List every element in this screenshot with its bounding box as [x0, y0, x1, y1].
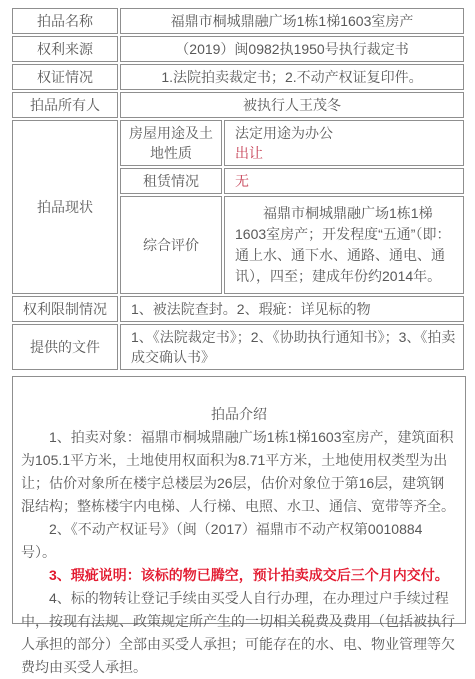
table-row: 权利来源 （2019）闽0982执1950号执行裁定书 — [12, 36, 464, 62]
legal-use-text: 法定用途为办公 — [235, 123, 457, 143]
row-label-certificate-status: 权证情况 — [12, 64, 118, 90]
auction-info-table: 拍品名称 福鼎市桐城鼎融广场1栋1梯1603室房产 权利来源 （2019）闽09… — [10, 6, 466, 372]
intro-paragraph-defect-note: 3、瑕疵说明：该标的物已腾空，预计拍卖成交后三个月内交付。 — [21, 564, 457, 587]
sub-value-house-use-land: 法定用途为办公 出让 — [224, 120, 464, 166]
table-row: 拍品现状 房屋用途及土地性质 法定用途为办公 出让 — [12, 120, 464, 166]
item-introduction-title: 拍品介绍 — [21, 403, 457, 426]
row-value-rights-source: （2019）闽0982执1950号执行裁定书 — [120, 36, 464, 62]
row-label-rights-source: 权利来源 — [12, 36, 118, 62]
intro-paragraph-auction-object: 1、拍卖对象：福鼎市桐城鼎融广场1栋1梯1603室房产，建筑面积为105.1平方… — [21, 426, 457, 518]
table-row: 权证情况 1.法院拍卖裁定书；2.不动产权证复印件。 — [12, 64, 464, 90]
intro-paragraph-transfer-fees: 4、标的物转让登记手续由买受人自行办理，在办理过户手续过程中，按现有法规、政策规… — [21, 587, 457, 679]
row-value-certificate-status: 1.法院拍卖裁定书；2.不动产权证复印件。 — [120, 64, 464, 90]
row-label-owner: 拍品所有人 — [12, 92, 118, 118]
sub-label-lease-status: 租赁情况 — [120, 168, 222, 194]
sub-value-overall-evaluation: 福鼎市桐城鼎融广场1栋1梯1603室房产；开发程度“五通”（即：通上水、通下水、… — [224, 196, 464, 294]
row-label-provided-documents: 提供的文件 — [12, 324, 118, 370]
row-value-rights-restriction: 1、被法院查封。2、瑕疵：详见标的物 — [120, 296, 464, 322]
row-value-provided-documents: 1、《法院裁定书》；2、《协助执行通知书》；3、《拍卖成交确认书》 — [120, 324, 464, 370]
row-label-rights-restriction: 权利限制情况 — [12, 296, 118, 322]
table-row: 拍品名称 福鼎市桐城鼎融广场1栋1梯1603室房产 — [12, 8, 464, 34]
row-value-owner: 被执行人王茂冬 — [120, 92, 464, 118]
row-label-item-name: 拍品名称 — [12, 8, 118, 34]
table-row: 权利限制情况 1、被法院查封。2、瑕疵：详见标的物 — [12, 296, 464, 322]
item-introduction-box: 拍品介绍 1、拍卖对象：福鼎市桐城鼎融广场1栋1梯1603室房产，建筑面积为10… — [12, 376, 466, 624]
table-row: 提供的文件 1、《法院裁定书》；2、《协助执行通知书》；3、《拍卖成交确认书》 — [12, 324, 464, 370]
sub-label-overall-evaluation: 综合评价 — [120, 196, 222, 294]
intro-paragraph-certificate-number: 2、《不动产权证号》（闽（2017）福鼎市不动产权第0010884号）。 — [21, 518, 457, 564]
row-value-item-name: 福鼎市桐城鼎融广场1栋1梯1603室房产 — [120, 8, 464, 34]
sub-value-lease-status: 无 — [224, 168, 464, 194]
auction-document: 拍品名称 福鼎市桐城鼎融广场1栋1梯1603室房产 权利来源 （2019）闽09… — [0, 0, 475, 624]
sub-label-house-use-land: 房屋用途及土地性质 — [120, 120, 222, 166]
row-label-current-status: 拍品现状 — [12, 120, 118, 294]
overall-evaluation-text: 福鼎市桐城鼎融广场1栋1梯1603室房产；开发程度“五通”（即：通上水、通下水、… — [235, 203, 457, 287]
land-transfer-text: 出让 — [235, 143, 457, 163]
table-row: 拍品所有人 被执行人王茂冬 — [12, 92, 464, 118]
